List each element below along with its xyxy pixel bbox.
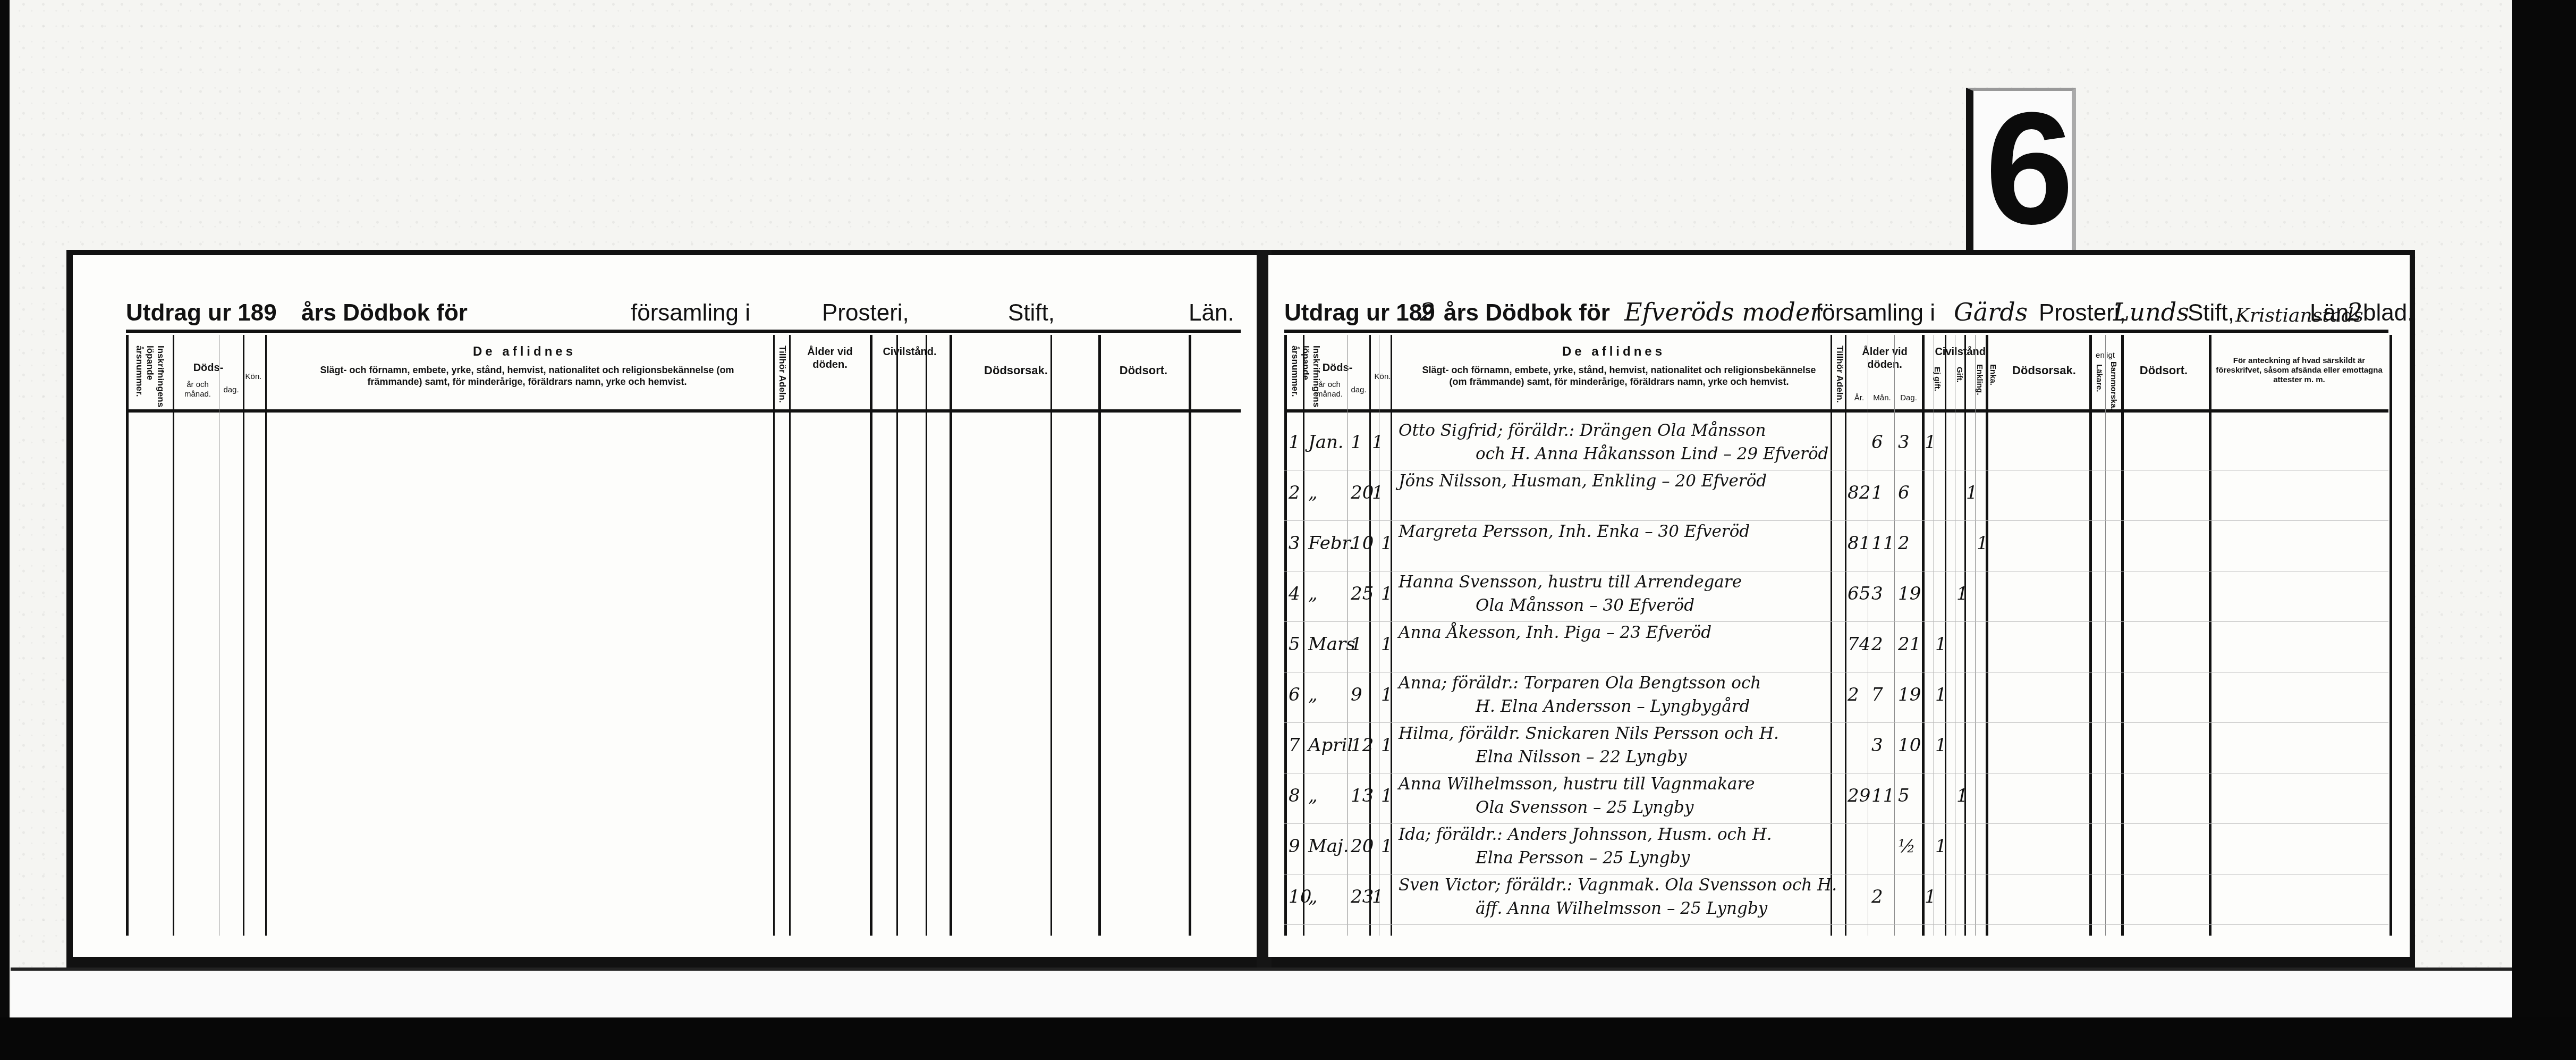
cell-name1: Hilma, föräldr. Snickaren Nils Persson o… [1399, 724, 1779, 743]
book-shelf [11, 968, 2512, 1021]
right-page-title: Utdrag ur 189 2 års Dödbok för Efveröds … [1284, 292, 2388, 333]
cell-dag: 3 [1898, 432, 1910, 453]
hdr-enkling: Enkling. [1975, 364, 1984, 407]
table-row: 8„131Anna Wilhelmsson, hustru till Vagnm… [1284, 773, 2388, 824]
col-divider [1098, 335, 1101, 936]
cell-enkling: 1 [1966, 482, 1978, 503]
cell-month: April [1308, 735, 1353, 756]
hdr-alder: Ålder vid döden. [790, 346, 870, 371]
cell-day: 23 [1351, 886, 1374, 907]
title-stift-name: Lunds [2113, 298, 2189, 326]
cell-name2: Ola Svensson – 25 Lyngby [1476, 798, 1693, 817]
hdr-alder: Ålder vid döden. [1848, 346, 1922, 371]
volume-tab-label: 6 [1966, 88, 2076, 250]
col-divider [773, 335, 775, 936]
cell-name2: Elna Nilsson – 22 Lyngby [1476, 747, 1687, 767]
cell-dag: 19 [1898, 684, 1921, 705]
open-register-book: Utdrag ur 189 års Dödbok för församling … [66, 250, 2415, 968]
cell-name1: Sven Victor; föräldr.: Vagnmak. Ola Sven… [1399, 876, 1837, 895]
cell-month: „ [1308, 684, 1318, 705]
table-row: 7April121Hilma, föräldr. Snickaren Nils … [1284, 723, 2388, 773]
title-prosteri: Prosteri, [822, 300, 909, 326]
cell-ej-gift-q: 1 [1935, 684, 1947, 705]
cell-day: 20 [1351, 836, 1374, 857]
cell-name1: Anna; föräldr.: Torparen Ola Bengtsson o… [1399, 674, 1761, 693]
cell-name2: H. Elna Andersson – Lyngbygård [1476, 697, 1750, 716]
cell-name1: Ida; föräldr.: Anders Johnsson, Husm. oc… [1399, 825, 1772, 844]
title-forsamling: församling i [1816, 300, 1935, 326]
cell-dag: 21 [1898, 634, 1921, 655]
cell-day: 20 [1351, 482, 1374, 503]
left-register-grid: Inskrifningens löpande årsnummer. Döds- … [126, 335, 1241, 936]
right-register-grid: Inskrifningens löpande årsnummer. Döds- … [1284, 335, 2388, 936]
cell-no: 5 [1289, 634, 1300, 655]
cell-kon-m: 1 [1372, 886, 1384, 907]
cell-no: 9 [1289, 836, 1300, 857]
cell-day: 25 [1351, 583, 1374, 604]
hdr-lakare: Läkare. [2095, 364, 2104, 407]
cell-kon-q: 1 [1381, 634, 1393, 655]
row-ruling [1284, 924, 2388, 925]
cell-month: „ [1308, 482, 1318, 503]
cell-kon-q: 1 [1381, 533, 1393, 554]
cell-day: 12 [1351, 735, 1374, 756]
cell-ar: 65 [1848, 583, 1870, 604]
cell-dag: 2 [1898, 533, 1910, 554]
cell-name2: äff. Anna Wilhelmsson – 25 Lyngby [1476, 899, 1767, 918]
hdr-kon: Kön. [243, 372, 264, 382]
cell-kon-q: 1 [1381, 785, 1393, 806]
col-divider [2389, 335, 2392, 936]
cell-name1: Jöns Nilsson, Husman, Enkling – 20 Efver… [1399, 472, 1767, 491]
title-stift: Stift, [2188, 300, 2234, 326]
cell-day: 13 [1351, 785, 1374, 806]
title-blad: blad. [2363, 300, 2413, 326]
cell-name1: Otto Sigfrid; föräldr.: Drängen Ola Måns… [1399, 421, 1766, 440]
cell-gift-q: 1 [1956, 785, 1968, 806]
cell-name1: Anna Wilhelmsson, hustru till Vagnmakare [1399, 775, 1755, 794]
cell-man: 11 [1871, 533, 1894, 554]
hdr-kon: Kön. [1372, 372, 1393, 382]
scan-edge-left [0, 0, 10, 1060]
cell-no: 3 [1289, 533, 1300, 554]
table-row: 3Febr.101Margreta Persson, Inh. Enka – 3… [1284, 521, 2388, 571]
cell-month: Febr. [1308, 533, 1354, 554]
cell-name2: Ola Månsson – 30 Efveröd [1476, 596, 1694, 615]
col-divider [870, 335, 872, 936]
cell-kon-q: 1 [1381, 735, 1393, 756]
cell-man: 2 [1871, 634, 1883, 655]
cell-kon-m: 1 [1372, 432, 1384, 453]
cell-no: 1 [1289, 432, 1300, 453]
cell-kon-q: 1 [1381, 836, 1393, 857]
left-page: Utdrag ur 189 års Dödbok för församling … [73, 255, 1262, 957]
cell-day: 1 [1351, 634, 1362, 655]
cell-month: Mars [1308, 634, 1355, 655]
title-year-suffix: 2 [1420, 298, 1435, 326]
cell-name1: Anna Åkesson, Inh. Piga – 23 Efveröd [1399, 623, 1711, 642]
cell-man: 7 [1871, 684, 1883, 705]
tab-number: 6 [1985, 96, 2074, 240]
cell-name2: och H. Anna Håkansson Lind – 29 Efveröd [1476, 444, 1828, 464]
cell-month: „ [1308, 785, 1318, 806]
hdr-dodsort: Dödsort. [2124, 364, 2204, 377]
col-divider [265, 335, 267, 936]
cell-man: 6 [1871, 432, 1883, 453]
hdr-de-aflidnes: De aflidnes [1401, 346, 1826, 358]
hdr-dag: dag. [1348, 385, 1369, 395]
hdr-tillhor-adeln: Tillhör Adeln. [1834, 346, 1845, 404]
col-divider [126, 335, 129, 936]
cell-man: 1 [1871, 482, 1883, 503]
table-row: 9Maj.201Ida; föräldr.: Anders Johnsson, … [1284, 824, 2388, 874]
cell-ej-gift-q: 1 [1935, 735, 1947, 756]
hdr-dodsort: Dödsort. [1104, 364, 1183, 377]
cell-ej-gift-q: 1 [1935, 836, 1947, 857]
cell-dag: 19 [1898, 583, 1921, 604]
cell-ar: 81 [1848, 533, 1870, 554]
cell-month: „ [1308, 886, 1318, 907]
cell-dag: ½ [1898, 836, 1916, 857]
hdr-gift: Gift. [1955, 367, 1964, 404]
hdr-aflidnes-desc: Slägt- och förnamn, embete, yrke, stånd,… [1417, 364, 1821, 388]
col-divider [243, 335, 244, 936]
title-stift: Stift, [1008, 300, 1055, 326]
cell-ar: 2 [1848, 684, 1859, 705]
table-row: 6„91Anna; föräldr.: Torparen Ola Bengtss… [1284, 672, 2388, 723]
col-divider [219, 335, 219, 936]
col-divider [1189, 335, 1191, 936]
left-column-headers: Inskrifningens löpande årsnummer. Döds- … [126, 335, 1241, 413]
right-column-headers: Inskrifningens löpande årsnummer. Döds- … [1284, 335, 2388, 413]
table-row: 2„201Jöns Nilsson, Husman, Enkling – 20 … [1284, 470, 2388, 521]
hdr-dag-short: Dag. [1895, 393, 1922, 403]
title-prefix: Utdrag ur 189 [1284, 300, 1435, 326]
col-divider [896, 335, 898, 936]
cell-ar: 74 [1848, 634, 1870, 655]
cell-kon-m: 1 [1372, 482, 1384, 503]
cell-no: 4 [1289, 583, 1300, 604]
col-divider [926, 335, 927, 936]
cell-no: 6 [1289, 684, 1300, 705]
cell-ej-gift-m: 1 [1925, 432, 1936, 453]
hdr-de-aflidnes: De aflidnes [285, 346, 764, 358]
hdr-dods: Döds- [176, 361, 240, 374]
hdr-civilstand: Civilstånd. [872, 346, 947, 358]
table-row: 5Mars11Anna Åkesson, Inh. Piga – 23 Efve… [1284, 622, 2388, 672]
hdr-ar-och-manad: år och månad. [176, 380, 219, 399]
hdr-enka: Enka. [1988, 364, 1997, 407]
col-divider [173, 335, 174, 936]
cell-month: Jan. [1308, 432, 1344, 453]
cell-no: 2 [1289, 482, 1300, 503]
cell-enka: 1 [1977, 533, 1988, 554]
cell-dag: 10 [1898, 735, 1921, 756]
cell-no: 7 [1289, 735, 1300, 756]
cell-ar: 82 [1848, 482, 1870, 503]
cell-name1: Hanna Svensson, hustru till Arrendegare [1399, 573, 1742, 592]
hdr-dods: Döds- [1306, 361, 1369, 374]
table-row: 4„251Hanna Svensson, hustru till Arrende… [1284, 571, 2388, 622]
table-row: 1Jan.11Otto Sigfrid; föräldr.: Drängen O… [1284, 420, 2388, 470]
title-dodbok: års Dödbok för [1444, 300, 1610, 326]
hdr-dodsorsak: Dödsorsak. [1999, 364, 2089, 377]
hdr-barnmorska: Barnmorska. [2109, 361, 2118, 409]
hdr-anteckning: För anteckning af hvad särskildt är före… [2211, 356, 2387, 385]
title-prosteri-name: Gärds [1954, 298, 2028, 326]
scan-edge-right [2512, 0, 2576, 1060]
title-prefix: Utdrag ur 189 [126, 300, 277, 326]
cell-name2: Elna Persson – 25 Lyngby [1476, 848, 1690, 868]
cell-ej-gift-m: 1 [1925, 886, 1936, 907]
hdr-tillhor-adeln: Tillhör Adeln. [777, 346, 787, 404]
hdr-ar: År. [1849, 393, 1870, 403]
left-page-title: Utdrag ur 189 års Dödbok för församling … [126, 292, 1241, 333]
hdr-ar-och-manad: år och månad. [1308, 380, 1351, 399]
cell-kon-q: 1 [1381, 583, 1393, 604]
hdr-dodsorsak: Dödsorsak. [952, 364, 1080, 377]
cell-name1: Margreta Persson, Inh. Enka – 30 Efveröd [1399, 522, 1750, 541]
cell-gift-q: 1 [1956, 583, 1968, 604]
hdr-inskrifning: Inskrifningens löpande årsnummer. [134, 346, 166, 404]
col-divider [789, 335, 791, 936]
cell-kon-q: 1 [1381, 684, 1393, 705]
cell-dag: 5 [1898, 785, 1910, 806]
title-forsamling: församling i [631, 300, 750, 326]
col-divider [1050, 335, 1052, 936]
cell-man: 2 [1871, 886, 1883, 907]
cell-day: 10 [1351, 533, 1374, 554]
scan-edge-bottom [0, 1017, 2576, 1060]
right-page: Utdrag ur 189 2 års Dödbok för Efveröds … [1268, 255, 2410, 957]
cell-man: 3 [1871, 583, 1883, 604]
cell-ar: 29 [1848, 785, 1870, 806]
cell-day: 9 [1351, 684, 1362, 705]
cell-month: Maj. [1308, 836, 1349, 857]
cell-day: 1 [1351, 432, 1362, 453]
title-parish: Efveröds moder [1624, 298, 1821, 326]
cell-man: 11 [1871, 785, 1894, 806]
col-divider [950, 335, 952, 936]
title-lan: Län. [1189, 300, 1234, 326]
hdr-dag: dag. [221, 385, 242, 395]
title-blad-number: 2 [2347, 298, 2362, 326]
cell-ej-gift-q: 1 [1935, 634, 1947, 655]
title-dodbok: års Dödbok för [301, 300, 468, 326]
cell-month: „ [1308, 583, 1318, 604]
cell-no: 8 [1289, 785, 1300, 806]
table-row: 10„231Sven Victor; föräldr.: Vagnmak. Ol… [1284, 874, 2388, 925]
hdr-aflidnes-desc: Slägt- och förnamn, embete, yrke, stånd,… [307, 364, 748, 388]
cell-dag: 6 [1898, 482, 1910, 503]
hdr-man: Mån. [1869, 393, 1895, 403]
cell-man: 3 [1871, 735, 1883, 756]
